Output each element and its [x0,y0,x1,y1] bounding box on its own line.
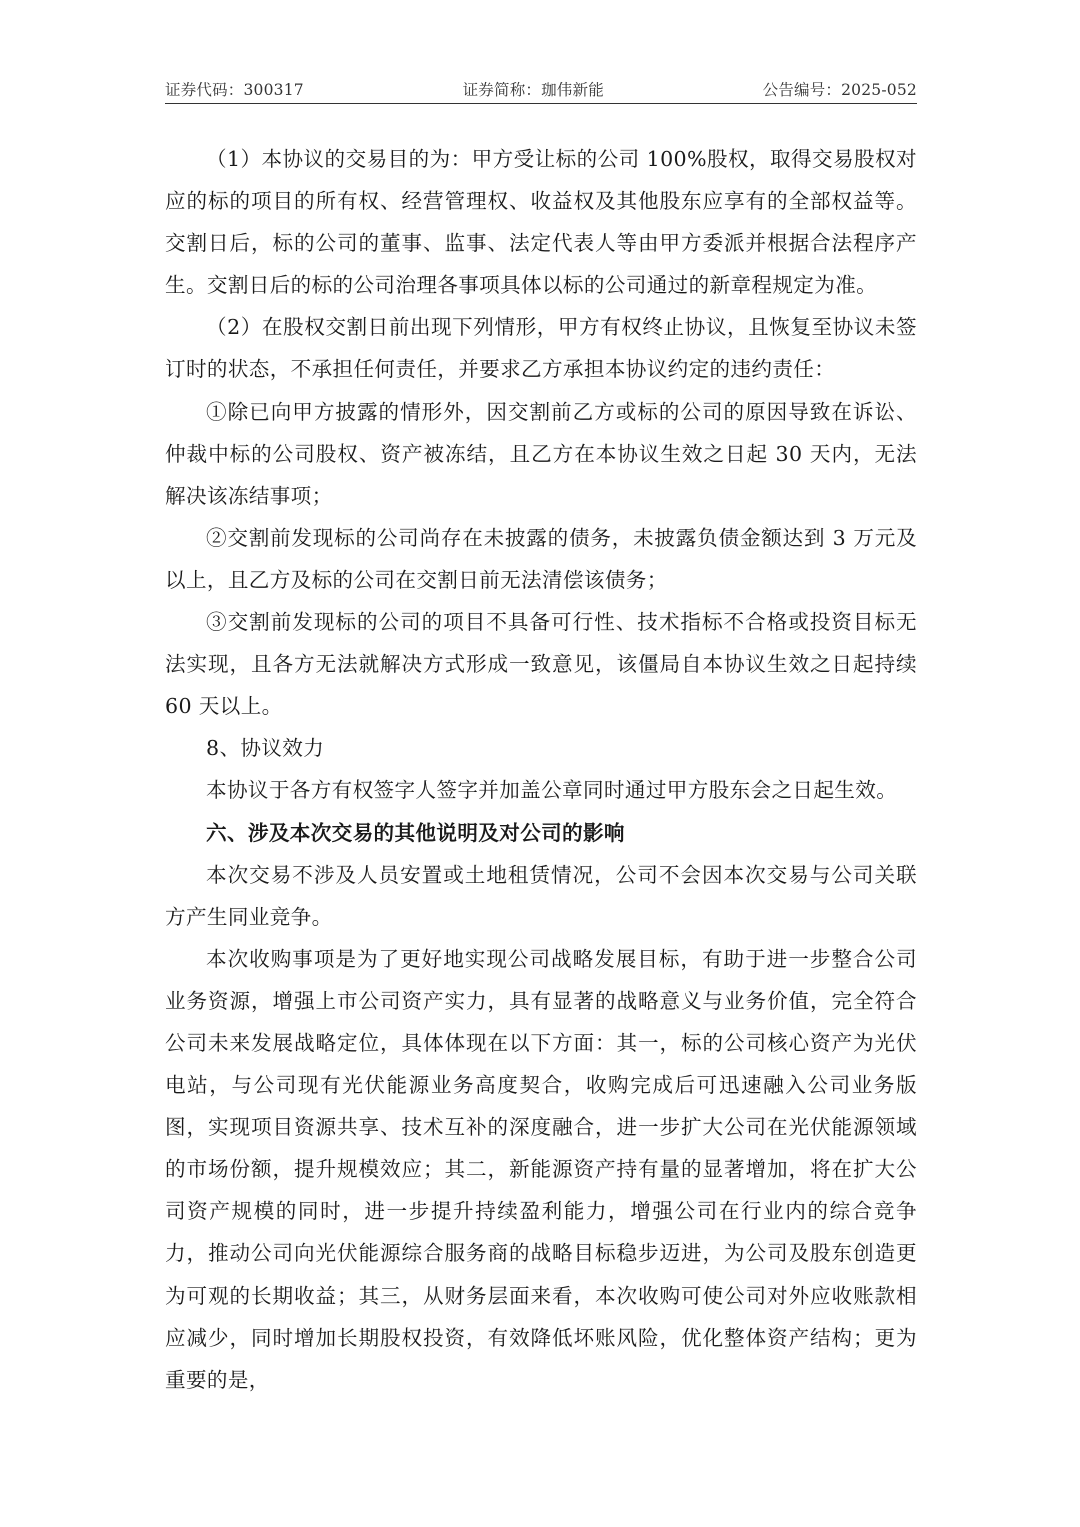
paragraph-acquisition-impact: 本次收购事项是为了更好地实现公司战略发展目标，有助于进一步整合公司业务资源，增强… [165,938,917,1401]
stock-code: 证券代码：300317 [165,78,304,100]
paragraph-no-competition: 本次交易不涉及人员安置或土地租赁情况，公司不会因本次交易与公司关联方产生同业竞争… [165,854,917,938]
page-header: 证券代码：300317 证券简称：珈伟新能 公告编号：2025-052 [165,77,917,101]
stock-name: 证券简称：珈伟新能 [463,78,604,100]
paragraph-termination-conditions: （2）在股权交割日前出现下列情形，甲方有权终止协议，且恢复至协议未签订时的状态，… [165,306,917,390]
paragraph-condition-2: ②交割前发现标的公司尚存在未披露的债务，未披露负债金额达到 3 万元及以上，且乙… [165,517,917,601]
paragraph-condition-3: ③交割前发现标的公司的项目不具备可行性、技术指标不合格或投资目标无法实现，且各方… [165,601,917,727]
section-8-title: 8、协议效力 [165,727,917,769]
announcement-number: 公告编号：2025-052 [763,78,917,100]
paragraph-condition-1: ①除已向甲方披露的情形外，因交割前乙方或标的公司的原因导致在诉讼、仲裁中标的公司… [165,391,917,517]
header-divider [165,103,917,104]
paragraph-transaction-purpose: （1）本协议的交易目的为：甲方受让标的公司 100%股权，取得交易股权对应的标的… [165,138,917,306]
paragraph-agreement-effectiveness: 本协议于各方有权签字人签字并加盖公章同时通过甲方股东会之日起生效。 [165,769,917,811]
document-body: （1）本协议的交易目的为：甲方受让标的公司 100%股权，取得交易股权对应的标的… [165,138,917,1401]
section-6-heading: 六、涉及本次交易的其他说明及对公司的影响 [165,812,917,854]
